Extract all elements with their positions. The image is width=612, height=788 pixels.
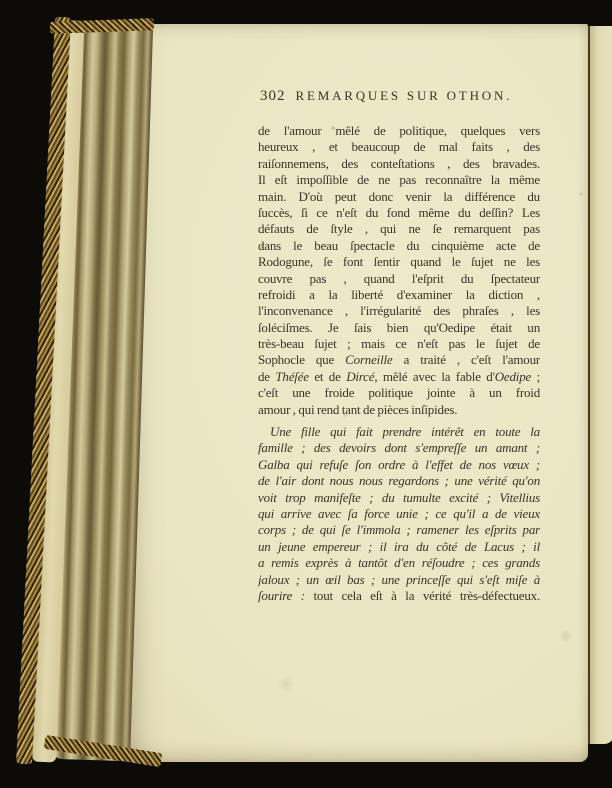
- text-line: qui arrive avec ſa force unie ; ce qu'il…: [258, 506, 540, 522]
- text-line: Une fille qui fait prendre intérêt en to…: [258, 424, 540, 440]
- text-line: ſourire : tout cela eſt à la vérité très…: [258, 588, 540, 604]
- text-segment: c'eſt une froide politique jointe à un f…: [258, 385, 540, 400]
- text-segment: qui arrive avec ſa force unie ; ce qu'il…: [258, 506, 540, 521]
- text-segment: raiſonnemens, des conteſtations , des br…: [258, 156, 540, 171]
- text-segment: Galba qui refuſe ſon ordre à l'effet de …: [258, 457, 540, 472]
- next-page-edge: [588, 26, 612, 744]
- italic-text-segment: Oedipe: [495, 369, 531, 384]
- text-line: amour , qui rend tant de pièces inſipide…: [258, 402, 540, 418]
- text-line: défauts de ſtyle , qui ne ſe remarquent …: [258, 221, 540, 237]
- text-line: très-beau ſujet ; mais ce n'eſt pas le ſ…: [258, 336, 540, 352]
- page-number: 302: [260, 88, 286, 105]
- italic-text-segment: Dircé: [346, 369, 374, 384]
- text-line: heureux , et beaucoup de mal faits , des: [258, 139, 540, 155]
- text-segment: heureux , et beaucoup de mal faits , des: [258, 139, 540, 154]
- page-header: 302 REMARQUES SUR OTHON.: [260, 88, 540, 105]
- text-segment: Il eſt impoſſible de ne pas reconnaître …: [258, 172, 540, 187]
- text-segment: famille ; des devoirs dont s'empreſſe un…: [258, 440, 540, 455]
- text-line: dans le beau ſpectacle du cinquième acte…: [258, 238, 540, 254]
- text-segment: ſuccès, ſi ce n'eſt du fond même du deſſ…: [258, 205, 540, 220]
- text-line: main. D'où peut donc venir la différence…: [258, 189, 540, 205]
- text-line: Il eſt impoſſible de ne pas reconnaître …: [258, 172, 540, 188]
- text-segment: et de: [309, 369, 346, 384]
- text-segment: de: [258, 369, 275, 384]
- text-line: famille ; des devoirs dont s'empreſſe un…: [258, 440, 540, 456]
- text-line: de Théſée et de Dircé, mêlé avec la fabl…: [258, 369, 540, 385]
- text-line: l'inconvenance , l'irrégularité des phra…: [258, 303, 540, 319]
- text-segment: Une fille qui fait prendre intérêt en to…: [270, 424, 540, 439]
- text-segment: Sophocle que: [258, 352, 345, 367]
- text-line: de l'amour mêlé de politique, quelques v…: [258, 123, 540, 139]
- text-segment: main. D'où peut donc venir la différence…: [258, 189, 540, 204]
- text-line: Rodogune, ſe font ſentir quand le ſujet …: [258, 254, 540, 270]
- paragraph-quotation: Une fille qui fait prendre intérêt en to…: [258, 424, 540, 604]
- text-segment: amour , qui rend tant de pièces inſipide…: [258, 402, 457, 417]
- text-segment: jaloux ; un œil bas ; une princeſſe qui …: [258, 572, 540, 587]
- text-segment: de l'air dont nous nous regardons ; une …: [258, 473, 540, 488]
- text-segment: , mêlé avec la fable d': [374, 369, 494, 384]
- text-line: ſoléciſmes. Je ſais bien qu'Oedipe était…: [258, 320, 540, 336]
- text-line: raiſonnemens, des conteſtations , des br…: [258, 156, 540, 172]
- italic-text-segment: Théſée: [275, 369, 308, 384]
- text-segment: corps ; de qui ſe l'immola ; ramener les…: [258, 522, 540, 537]
- text-segment: ſoléciſmes. Je ſais bien qu'Oedipe était…: [258, 320, 540, 335]
- text-segment: de l'amour mêlé de politique, quelques v…: [258, 123, 540, 138]
- text-line: de l'air dont nous nous regardons ; une …: [258, 473, 540, 489]
- text-block: 302 REMARQUES SUR OTHON. de l'amour mêlé…: [258, 88, 540, 604]
- text-segment: défauts de ſtyle , qui ne ſe remarquent …: [258, 221, 540, 236]
- book-photo: 302 REMARQUES SUR OTHON. de l'amour mêlé…: [0, 0, 612, 788]
- text-segment: Rodogune, ſe font ſentir quand le ſujet …: [258, 254, 540, 269]
- text-line: couvre pas , quand l'eſprit du ſpectateu…: [258, 271, 540, 287]
- text-line: Sophocle que Corneille a traité , c'eſt …: [258, 352, 540, 368]
- text-line: jaloux ; un œil bas ; une princeſſe qui …: [258, 572, 540, 588]
- text-line: a remis exprès à tantôt d'en réſoudre ; …: [258, 555, 540, 571]
- text-segment: a traité , c'eſt l'amour: [392, 352, 540, 367]
- text-segment: l'inconvenance , l'irrégularité des phra…: [258, 303, 540, 318]
- text-segment: dans le beau ſpectacle du cinquième acte…: [258, 238, 540, 253]
- text-line: c'eſt une froide politique jointe à un f…: [258, 385, 540, 401]
- paragraph-commentary: de l'amour mêlé de politique, quelques v…: [258, 123, 540, 418]
- text-line: refroidi a la liberté d'examiner la dict…: [258, 287, 540, 303]
- text-segment: couvre pas , quand l'eſprit du ſpectateu…: [258, 271, 540, 286]
- italic-text-segment: Corneille: [345, 352, 392, 367]
- text-segment: tout cela eſt à la vérité très-défectueu…: [314, 588, 540, 603]
- text-segment: un jeune empereur ; il ira du côté de La…: [258, 539, 540, 554]
- running-title: REMARQUES SUR OTHON.: [296, 88, 513, 104]
- text-segment: très-beau ſujet ; mais ce n'eſt pas le ſ…: [258, 336, 540, 351]
- text-line: un jeune empereur ; il ira du côté de La…: [258, 539, 540, 555]
- text-segment: refroidi a la liberté d'examiner la dict…: [258, 287, 540, 302]
- book-page: 302 REMARQUES SUR OTHON. de l'amour mêlé…: [126, 24, 588, 762]
- text-segment: ;: [531, 369, 540, 384]
- text-segment: a remis exprès à tantôt d'en réſoudre ; …: [258, 555, 540, 570]
- text-line: ſuccès, ſi ce n'eſt du fond même du deſſ…: [258, 205, 540, 221]
- text-line: Galba qui refuſe ſon ordre à l'effet de …: [258, 457, 540, 473]
- text-line: corps ; de qui ſe l'immola ; ramener les…: [258, 522, 540, 538]
- text-segment: voit trop manifeſte ; du tumulte excité …: [258, 490, 540, 505]
- text-line: voit trop manifeſte ; du tumulte excité …: [258, 490, 540, 506]
- text-segment: ſourire :: [258, 588, 314, 603]
